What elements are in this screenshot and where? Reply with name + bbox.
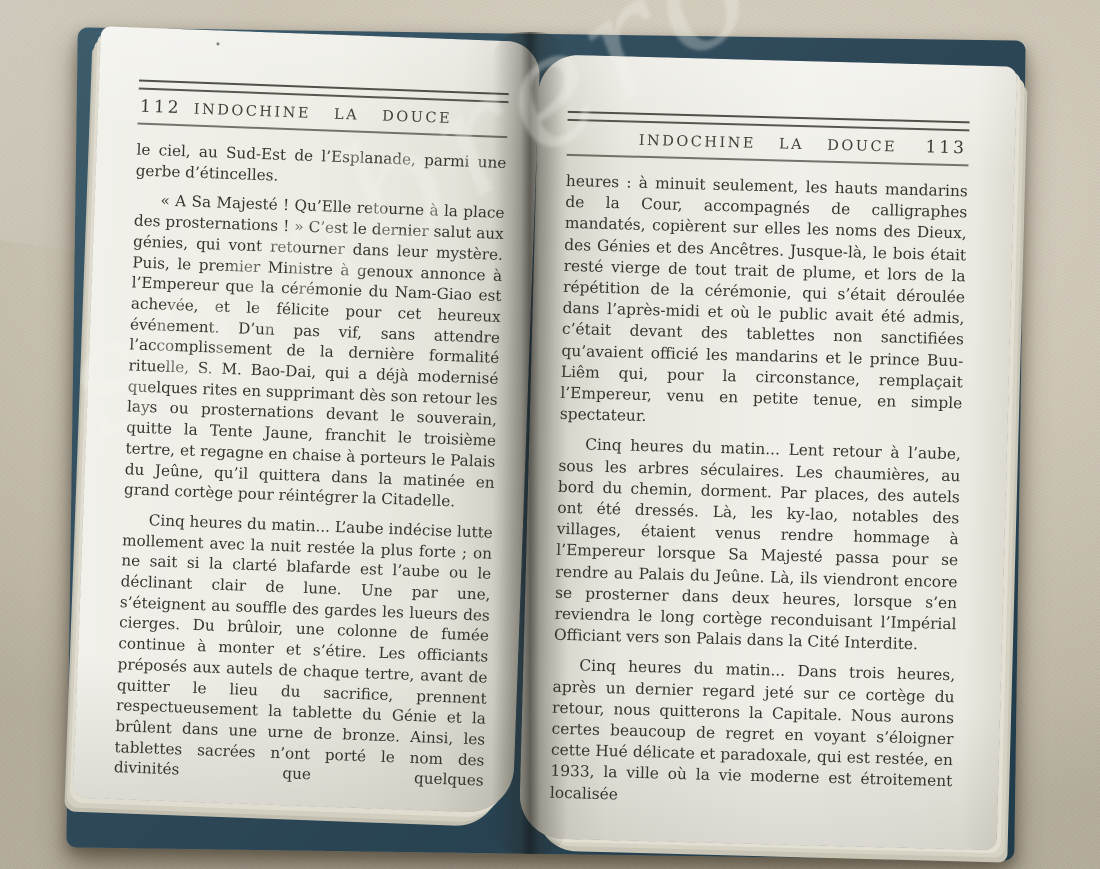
paragraph: Cinq heures du matin... Dans trois heure… [550, 655, 956, 814]
paragraph: heures : à minuit seulement, les hauts m… [560, 171, 969, 436]
header-spacer [569, 143, 621, 144]
dust-speck [216, 42, 219, 45]
paragraph: « A Sa Majesté ! Qu’Elle retourne à la p… [124, 190, 505, 514]
right-page: INDOCHINE LA DOUCE 113 heures : à minuit… [519, 54, 1017, 850]
paragraph: Cinq heures du matin... L’aube indécise … [113, 509, 493, 792]
paragraph: le ciel, au Sud-Est de l’Esplanade, parm… [135, 140, 506, 195]
page-number: 113 [915, 137, 968, 158]
right-page-header: INDOCHINE LA DOUCE 113 [567, 55, 972, 166]
left-page-body: le ciel, au Sud-Est de l’Esplanade, parm… [113, 140, 506, 792]
left-page-header: 112 INDOCHINE LA DOUCE [137, 28, 510, 138]
book-photo: 112 INDOCHINE LA DOUCE le ciel, au Sud-E… [0, 0, 1100, 869]
right-page-body: heures : à minuit seulement, les hauts m… [550, 171, 968, 814]
running-title: INDOCHINE LA DOUCE [621, 132, 915, 156]
running-title: INDOCHINE LA DOUCE [192, 102, 454, 128]
paragraph: Cinq heures du matin... Lent retour à l’… [554, 434, 961, 656]
page-number: 112 [140, 97, 193, 119]
left-page: 112 INDOCHINE LA DOUCE le ciel, au Sud-E… [73, 26, 541, 814]
header-spacer [454, 123, 506, 125]
